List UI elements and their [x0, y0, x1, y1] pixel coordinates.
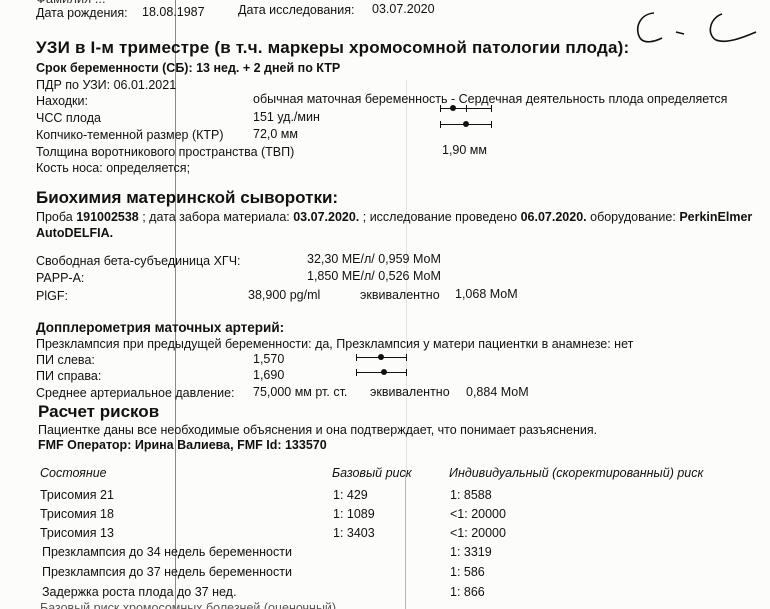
biochem-title: Биохимия материнской сыворотки: — [36, 188, 338, 208]
dob-label: Дата рождения: — [36, 6, 128, 20]
study-text: ; исследование проведено — [359, 210, 520, 224]
footer-cut-text: Базовый риск хромосомных болезней (оцено… — [40, 601, 336, 609]
gestation-age: Срок беременности (СБ): 13 нед. + 2 дней… — [36, 61, 340, 75]
range-tick — [406, 369, 407, 376]
plgf-eq: эквивалентно — [360, 288, 440, 302]
risk-individual: <1: 20000 — [450, 507, 506, 521]
plgf-label: PlGF: — [36, 289, 68, 303]
consent-text: Пациентке даны все необходимые объяснени… — [38, 423, 597, 437]
range-tick — [440, 121, 441, 128]
pi-left-label: ПИ слева: — [36, 353, 95, 367]
range-tick — [406, 354, 407, 361]
crl-value: 72,0 мм — [253, 127, 298, 141]
risk-condition: Презклампсия до 34 недель беременности — [42, 545, 292, 559]
map-value: 75,000 мм рт. ст. — [253, 385, 347, 399]
study-date: 06.07.2020. — [521, 210, 587, 224]
col-individual-header: Индивидуальный (скоректированный) риск — [449, 466, 703, 480]
risk-individual: <1: 20000 — [450, 526, 506, 540]
findings-label: Находки: — [36, 94, 88, 108]
plgf-value: 38,900 pg/ml — [248, 288, 320, 302]
exam-date-label: Дата исследования: — [238, 3, 354, 17]
due-date: ПДР по УЗИ: 06.01.2021 — [36, 78, 176, 92]
risk-individual: 1: 866 — [450, 585, 485, 599]
pi-right-label: ПИ справа: — [36, 369, 101, 383]
risk-title: Расчет рисков — [38, 402, 159, 422]
range-marker-dot — [381, 369, 387, 375]
range-tick — [491, 105, 492, 112]
preeclampsia-history: Презклампсия при предыдущей беременности… — [36, 337, 633, 351]
dob-value: 18.08.1987 — [142, 5, 205, 19]
equipment-name: PerkinElmer — [679, 210, 752, 224]
pi-left-value: 1,570 — [253, 352, 284, 366]
pappa-value: 1,850 МЕ/л/ 0,526 МоМ — [307, 269, 441, 283]
plgf-mom: 1,068 МоМ — [455, 287, 518, 301]
map-label: Среднее артериальное давление: — [36, 386, 235, 400]
risk-condition: Трисомия 13 — [40, 526, 114, 540]
risk-individual: 1: 586 — [450, 565, 485, 579]
sample-prefix: Проба — [36, 210, 76, 224]
operator-line: FMF Оператор: Ирина Валиева, FMF Id: 133… — [38, 438, 327, 452]
risk-base: 1: 1089 — [333, 507, 375, 521]
risk-condition: Задержка роста плода до 37 нед. — [42, 585, 236, 599]
nt-value: 1,90 мм — [442, 143, 487, 157]
handwritten-signature-icon — [632, 8, 762, 48]
range-marker-dot — [450, 105, 456, 111]
range-tick — [356, 369, 357, 376]
risk-individual: 1: 8588 — [450, 488, 492, 502]
findings-value: обычная маточная беременность - Сердечна… — [253, 92, 727, 106]
hcg-label: Свободная бета-субъединица ХГЧ: — [36, 254, 241, 268]
col-base-header: Базовый риск — [332, 466, 412, 480]
col-condition-header: Состояние — [40, 466, 107, 480]
nasal-bone: Кость носа: определяется; — [36, 161, 190, 175]
collect-date: 03.07.2020. — [293, 210, 359, 224]
range-marker-dot — [378, 354, 384, 360]
map-mom: 0,884 МоМ — [466, 385, 529, 399]
pappa-label: PAPP-A: — [36, 271, 84, 285]
risk-condition: Трисомия 21 — [40, 488, 114, 502]
risk-base: 1: 429 — [333, 488, 368, 502]
risk-base: 1: 3403 — [333, 526, 375, 540]
fhr-label: ЧСС плода — [36, 111, 101, 125]
range-tick — [491, 121, 492, 128]
collect-text: ; дата забора материала: — [139, 210, 293, 224]
exam-date-value: 03.07.2020 — [372, 2, 435, 16]
pi-right-value: 1,690 — [253, 368, 284, 382]
sample-line: Проба 191002538 ; дата забора материала:… — [36, 210, 752, 224]
range-marker-dot — [463, 121, 469, 127]
crl-label: Копчико-теменной размер (КТР) — [36, 128, 224, 142]
range-tick — [440, 105, 441, 112]
risk-condition: Трисомия 18 — [40, 507, 114, 521]
range-tick — [356, 354, 357, 361]
risk-condition: Презклампсия до 37 недель беременности — [42, 565, 292, 579]
risk-individual: 1: 3319 — [450, 545, 492, 559]
map-eq: эквивалентно — [370, 385, 450, 399]
paper-fold-line-2 — [405, 470, 406, 609]
sample-id: 191002538 — [76, 210, 139, 224]
nt-label: Толщина воротникового пространства (ТВП) — [36, 145, 294, 159]
equipment-text: оборудование: — [587, 210, 680, 224]
equipment-name-2: AutoDELFIA. — [36, 226, 113, 240]
doppler-title: Допплерометрия маточных артерий: — [36, 320, 284, 335]
range-tick — [466, 105, 467, 112]
fhr-value: 151 уд./мин — [253, 110, 320, 124]
ultrasound-title: УЗИ в I-м триместре (в т.ч. маркеры хром… — [36, 38, 629, 58]
hcg-value: 32,30 МЕ/л/ 0,959 МоМ — [307, 252, 441, 266]
